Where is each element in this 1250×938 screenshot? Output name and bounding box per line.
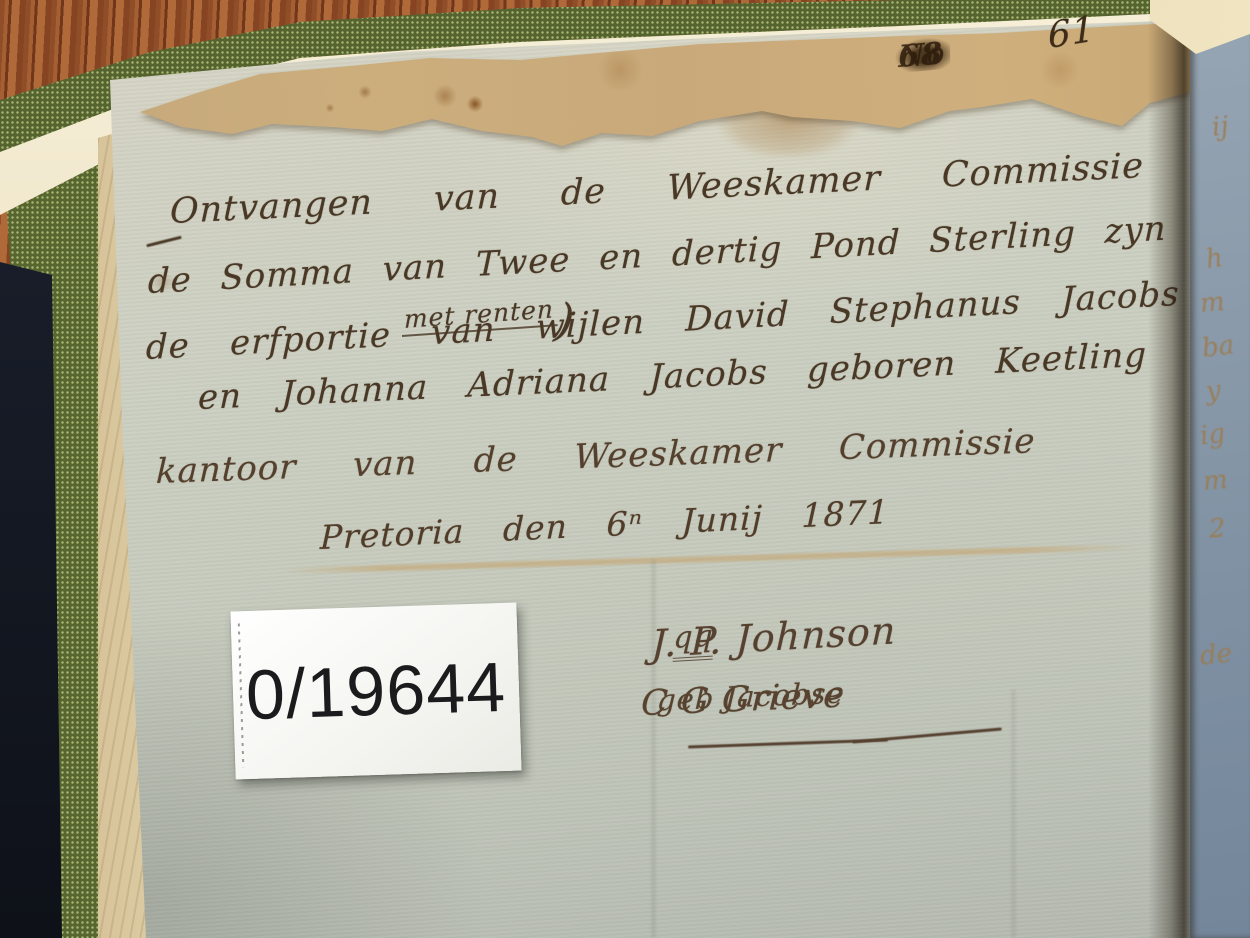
- adjacent-page-writing-fragment: m: [1199, 287, 1226, 319]
- photo-of-archival-receipt: No 68 61 Ontvangen van de Weeskamer Comm…: [0, 0, 1250, 938]
- adjacent-page-writing-fragment: 2: [1208, 513, 1227, 544]
- adjacent-page-writing-fragment: ij: [1210, 111, 1229, 143]
- archive-reference-label: 0/19644: [230, 603, 521, 780]
- adjacent-page-writing-fragment: ba: [1200, 330, 1236, 364]
- archive-reference-number: 0/19644: [232, 647, 520, 736]
- crossed-out-number: 68: [898, 36, 944, 75]
- adjacent-page-writing-fragment: ig: [1198, 418, 1227, 451]
- signature-johnson-qq: qq: [673, 619, 715, 662]
- adjacent-page-writing-fragment: m: [1202, 465, 1229, 497]
- adjacent-page-writing-fragment: y: [1204, 375, 1222, 406]
- adjacent-page-writing-fragment: de: [1199, 638, 1234, 671]
- new-document-number: 61: [1047, 8, 1096, 57]
